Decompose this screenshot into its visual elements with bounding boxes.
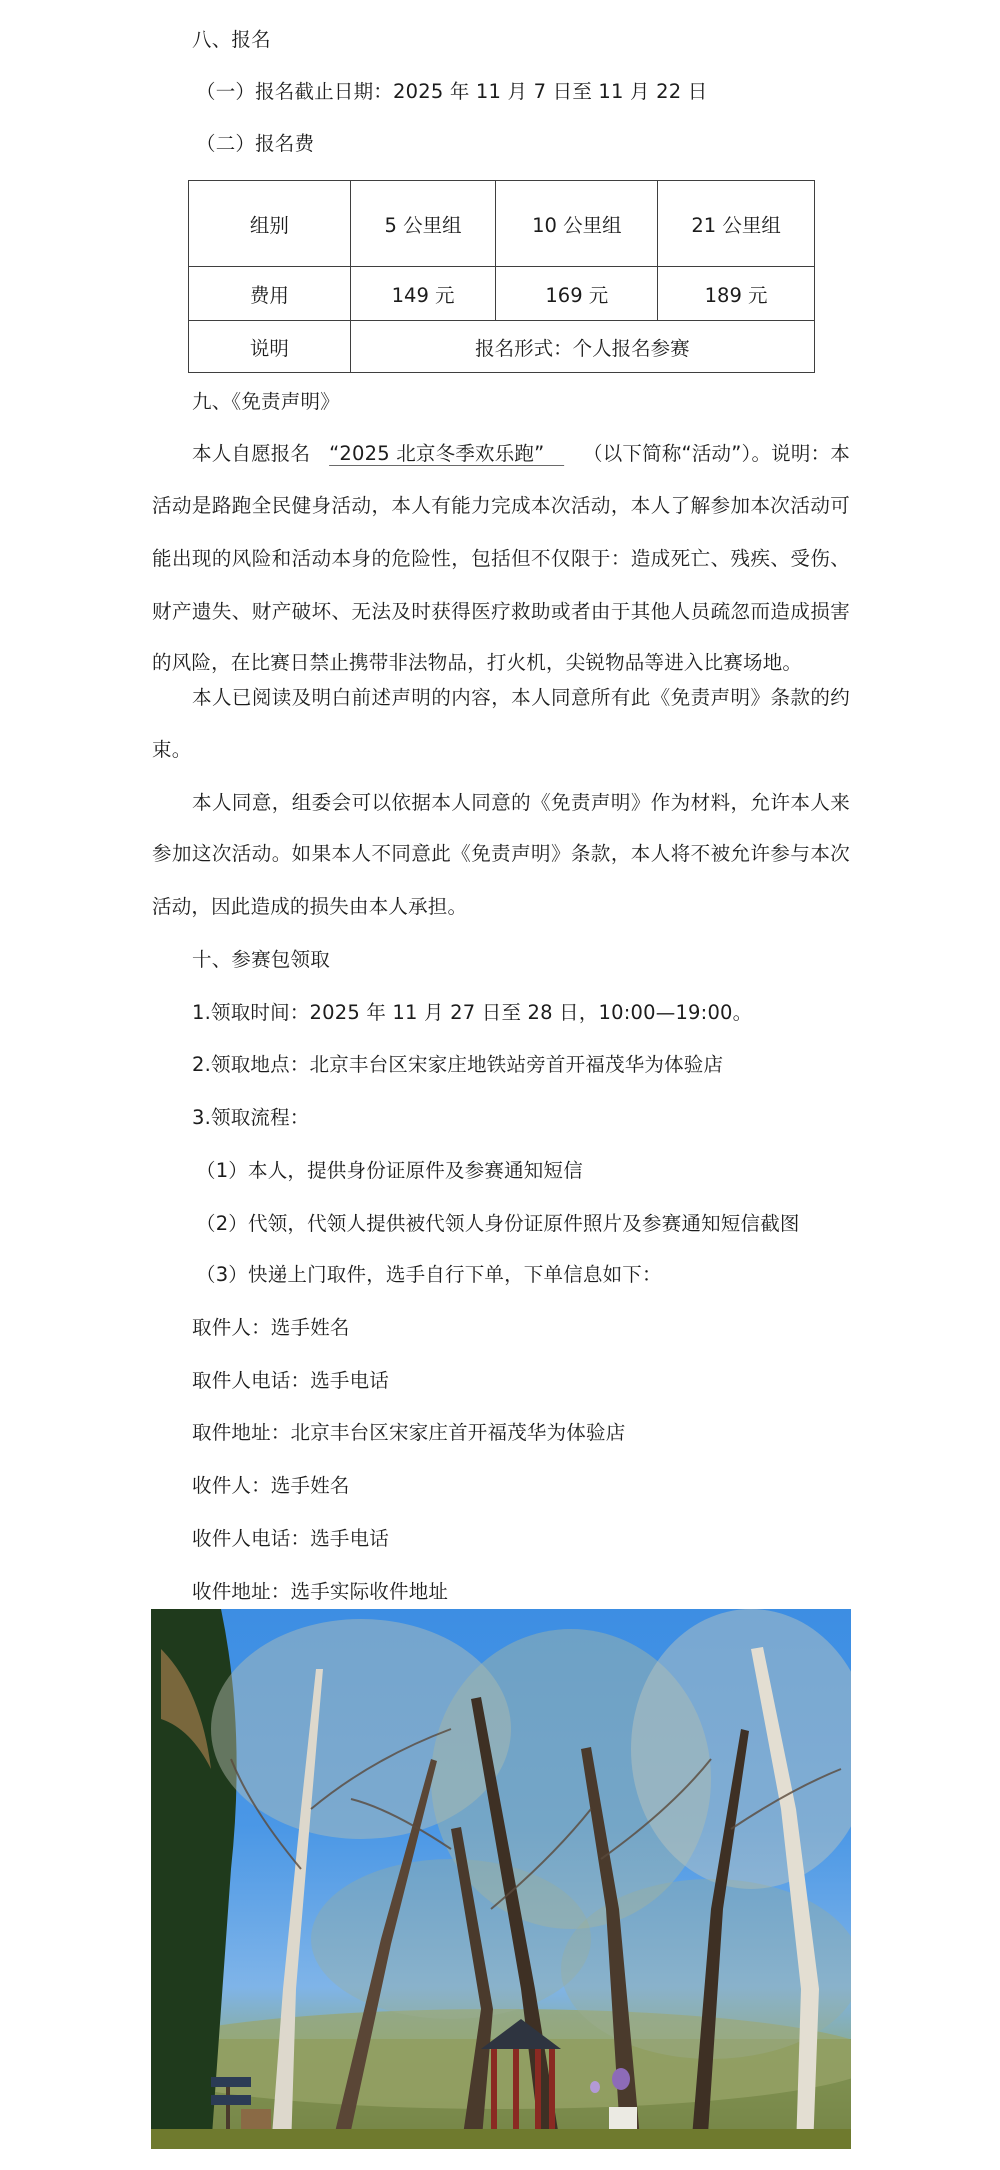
fee-table-cell: 说明	[189, 321, 351, 373]
section-10-heading: 十、参赛包领取	[192, 946, 330, 974]
pickup-sub-item: （1）本人，提供身份证原件及参赛通知短信	[196, 1157, 583, 1185]
fee-table-note-value: 报名形式：个人报名参赛	[350, 321, 814, 373]
fee-table-cell: 组别	[189, 181, 351, 267]
shipping-info-line: 收件地址：选手实际收件地址	[192, 1578, 448, 1606]
event-name-underlined: “2025 北京冬季欢乐跑”	[329, 440, 564, 468]
disclaimer-p3-line: 参加这次活动。如果本人不同意此《免责声明》条款，本人将不被允许参与本次	[152, 840, 850, 868]
shipping-info-line: 收件人电话：选手电话	[192, 1525, 389, 1553]
disclaimer-lead: 本人自愿报名	[192, 440, 310, 468]
pickup-item-process: 3.领取流程：	[192, 1104, 310, 1132]
fee-table-cell: 费用	[189, 267, 351, 321]
fee-heading: （二）报名费	[196, 130, 314, 158]
fee-table-cell: 21 公里组	[658, 181, 815, 267]
park-trees-photo	[151, 1609, 851, 2149]
shipping-info-line: 取件人电话：选手电话	[192, 1367, 389, 1395]
fee-table-cell: 149 元	[350, 267, 496, 321]
disclaimer-p1-line: 的风险，在比赛日禁止携带非法物品，打火机，尖锐物品等进入比赛场地。	[152, 649, 850, 677]
fee-table-cell: 5 公里组	[350, 181, 496, 267]
disclaimer-p1-line: 财产遗失、财产破坏、无法及时获得医疗救助或者由于其他人员疏忽而造成损害	[152, 598, 850, 626]
pickup-sub-item: （3）快递上门取件，选手自行下单，下单信息如下：	[196, 1261, 662, 1289]
disclaimer-p2-line: 本人已阅读及明白前述声明的内容，本人同意所有此《免责声明》条款的约	[192, 684, 850, 712]
fee-table-note-row: 说明 报名形式：个人报名参赛	[189, 321, 815, 373]
registration-deadline: （一）报名截止日期：2025 年 11 月 7 日至 11 月 22 日	[196, 78, 707, 106]
section-9-heading: 九、《免责声明》	[192, 388, 340, 416]
disclaimer-p2-line: 束。	[152, 736, 850, 764]
pickup-item-time: 1.领取时间：2025 年 11 月 27 日至 28 日，10:00—19:0…	[192, 999, 752, 1027]
disclaimer-p3-line: 活动，因此造成的损失由本人承担。	[152, 893, 850, 921]
disclaimer-tail: （以下简称“活动”）。说明：本	[583, 440, 850, 468]
park-scene-illustration	[151, 1609, 851, 2149]
fee-table-cell: 169 元	[496, 267, 658, 321]
disclaimer-p1-line: 能出现的风险和活动本身的危险性，包括但不仅限于：造成死亡、残疾、受伤、	[152, 545, 850, 573]
fee-table-cell: 189 元	[658, 267, 815, 321]
section-8-heading: 八、报名	[192, 26, 271, 54]
disclaimer-p1-first-line: 本人自愿报名 “2025 北京冬季欢乐跑” （以下简称“活动”）。说明：本	[192, 440, 850, 468]
disclaimer-p3-line: 本人同意，组委会可以依据本人同意的《免责声明》作为材料，允许本人来	[192, 789, 850, 817]
pickup-sub-item: （2）代领，代领人提供被代领人身份证原件照片及参赛通知短信截图	[196, 1210, 800, 1238]
fee-table-fee-row: 费用 149 元 169 元 189 元	[189, 267, 815, 321]
fee-table: 组别 5 公里组 10 公里组 21 公里组 费用 149 元 169 元 18…	[188, 180, 815, 373]
shipping-info-line: 收件人：选手姓名	[192, 1472, 350, 1500]
disclaimer-p1-line: 活动是路跑全民健身活动，本人有能力完成本次活动，本人了解参加本次活动可	[152, 492, 850, 520]
fee-table-header-row: 组别 5 公里组 10 公里组 21 公里组	[189, 181, 815, 267]
pickup-item-location: 2.领取地点：北京丰台区宋家庄地铁站旁首开福茂华为体验店	[192, 1051, 723, 1079]
fee-table-cell: 10 公里组	[496, 181, 658, 267]
shipping-info-line: 取件地址：北京丰台区宋家庄首开福茂华为体验店	[192, 1419, 625, 1447]
shipping-info-line: 取件人：选手姓名	[192, 1314, 350, 1342]
